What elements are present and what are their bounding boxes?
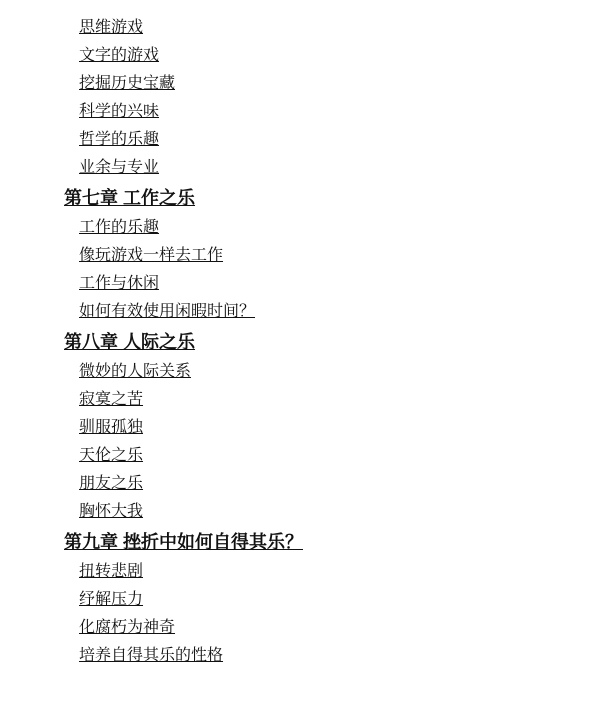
- ebook-toc-page: 思维游戏 文字的游戏 挖掘历史宝藏 科学的兴味 哲学的乐趣 业余与专业 第七章 …: [0, 0, 610, 722]
- chapter-heading-link[interactable]: 第七章 工作之乐: [64, 186, 195, 210]
- toc-link[interactable]: 扭转悲剧: [79, 562, 143, 582]
- toc-link[interactable]: 像玩游戏一样去工作: [79, 246, 223, 266]
- toc-link[interactable]: 工作与休闲: [79, 274, 159, 294]
- toc-link[interactable]: 挖掘历史宝藏: [79, 74, 175, 94]
- toc-link[interactable]: 业余与专业: [79, 158, 159, 178]
- toc-link[interactable]: 驯服孤独: [79, 418, 143, 438]
- chapter-heading-link[interactable]: 第九章 挫折中如何自得其乐？: [64, 530, 303, 554]
- toc-link[interactable]: 培养自得其乐的性格: [79, 646, 223, 666]
- toc-link[interactable]: 哲学的乐趣: [79, 130, 159, 150]
- toc-link[interactable]: 寂寞之苦: [79, 390, 143, 410]
- toc-link[interactable]: 科学的兴味: [79, 102, 159, 122]
- toc-link[interactable]: 如何有效使用闲暇时间？: [79, 302, 255, 322]
- toc-link[interactable]: 胸怀大我: [79, 502, 143, 522]
- toc-link[interactable]: 工作的乐趣: [79, 218, 159, 238]
- toc-link[interactable]: 天伦之乐: [79, 446, 143, 466]
- toc-link[interactable]: 微妙的人际关系: [79, 362, 191, 382]
- toc-link[interactable]: 纾解压力: [79, 590, 143, 610]
- table-of-contents: 思维游戏 文字的游戏 挖掘历史宝藏 科学的兴味 哲学的乐趣 业余与专业 第七章 …: [0, 0, 610, 666]
- toc-link[interactable]: 思维游戏: [79, 18, 143, 38]
- chapter-heading-link[interactable]: 第八章 人际之乐: [64, 330, 195, 354]
- toc-link[interactable]: 朋友之乐: [79, 474, 143, 494]
- toc-link[interactable]: 文字的游戏: [79, 46, 159, 66]
- toc-link[interactable]: 化腐朽为神奇: [79, 618, 175, 638]
